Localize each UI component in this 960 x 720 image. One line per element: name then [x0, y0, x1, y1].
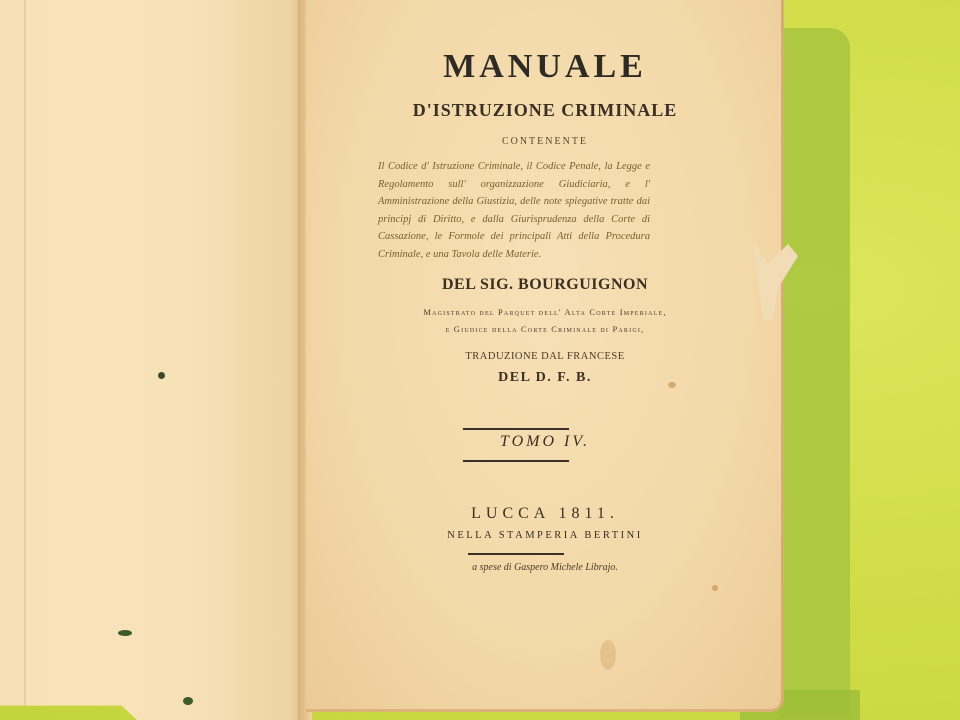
contents-description: Il Codice d' Istruzione Criminale, il Co… — [378, 158, 650, 263]
book-shadow — [780, 28, 850, 718]
volume-number: TOMO IV. — [306, 433, 784, 451]
author-name: DEL SIG. BOURGUIGNON — [306, 276, 784, 294]
translation-note: TRADUZIONE DAL FRANCESE — [306, 351, 784, 362]
author-role-line-1: Magistrato del Parquet dell' Alta Corte … — [306, 307, 784, 317]
volume-rule-bottom — [463, 460, 569, 462]
author-role-line-2: e Giudice della Corte Criminale di Parig… — [306, 324, 784, 334]
place-and-year: LUCCA 1811. — [306, 505, 784, 523]
paper-hole — [118, 630, 132, 636]
contents-label: CONTENENTE — [306, 136, 784, 147]
page-crease — [24, 0, 26, 720]
publisher-note: a spese di Gaspero Michele Librajo. — [306, 562, 784, 573]
book-subtitle: D'ISTRUZIONE CRIMINALE — [306, 100, 784, 121]
ink-spot — [158, 372, 165, 379]
stain — [600, 640, 616, 670]
translator-initials: DEL D. F. B. — [306, 370, 784, 386]
foxing-spot — [712, 585, 718, 591]
imprint-rule — [468, 553, 564, 555]
volume-rule-top — [463, 428, 569, 430]
paper-hole — [183, 697, 193, 705]
printer-name: NELLA STAMPERIA BERTINI — [306, 530, 784, 541]
book-title: MANUALE — [306, 48, 784, 86]
left-flyleaf-page — [0, 0, 304, 720]
